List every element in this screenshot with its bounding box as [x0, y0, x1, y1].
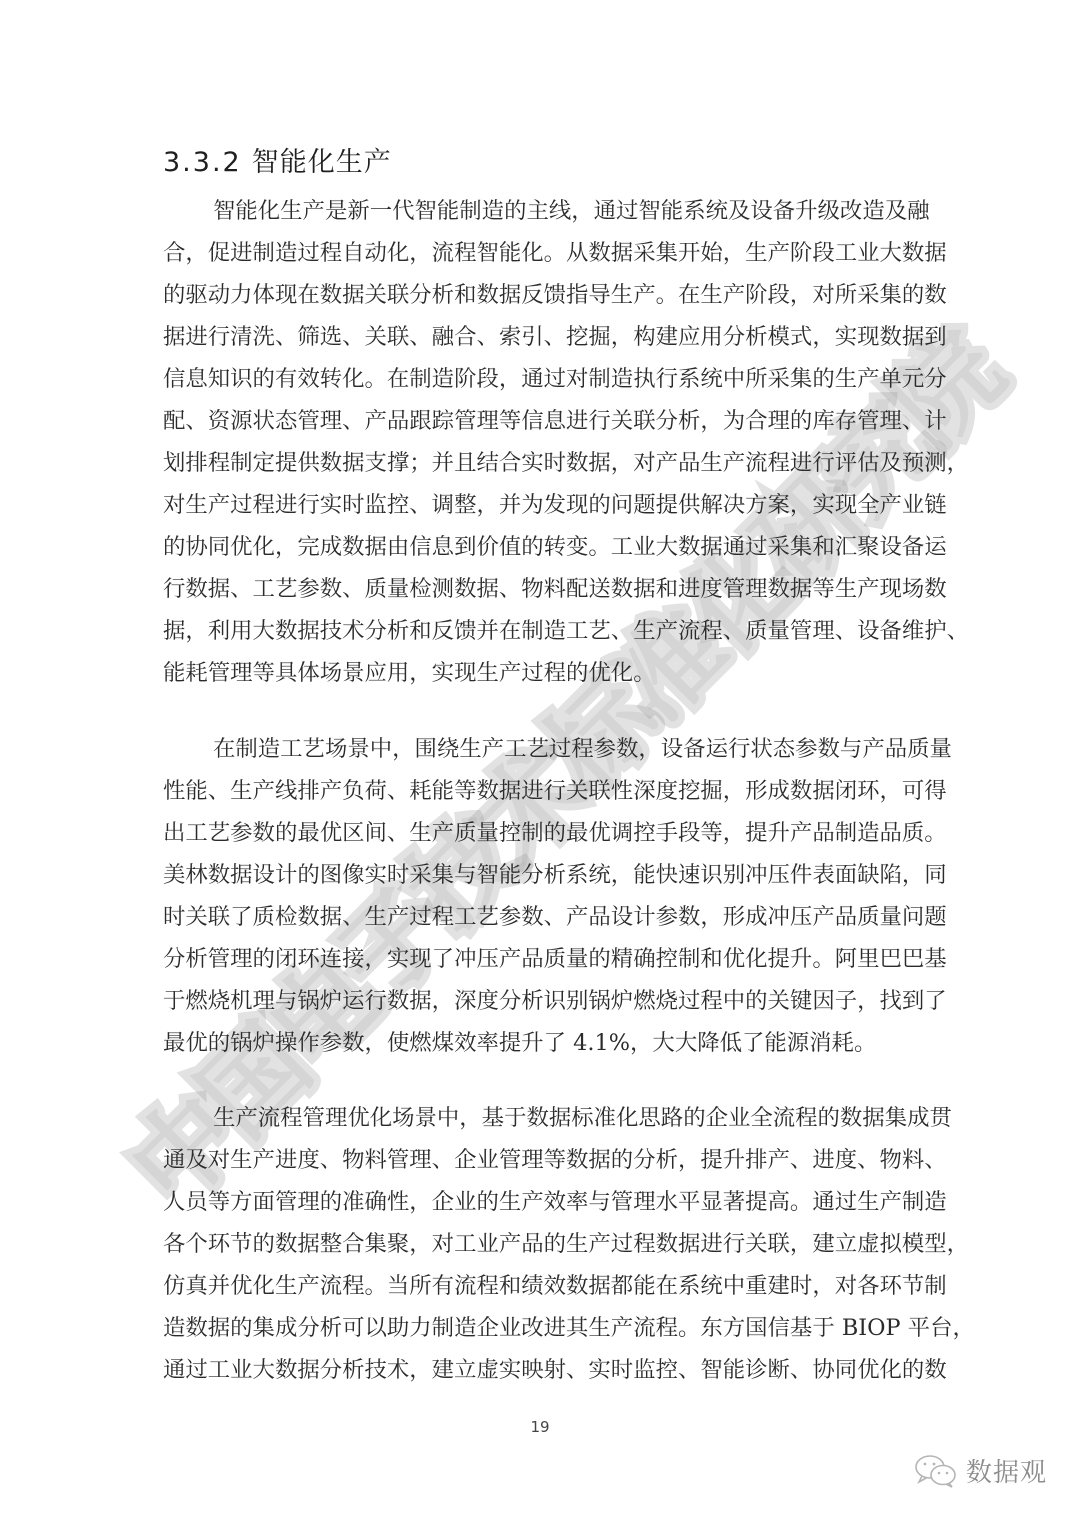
wechat-icon — [914, 1454, 958, 1488]
paragraph-1: 智能化生产是新一代智能制造的主线，通过智能系统及设备升级改造及融 合，促进制造过… — [163, 190, 923, 694]
page-number: 19 — [0, 1418, 1080, 1436]
document-page: 中国电子技术标准化研究院 中国电子技术标准化研究院 3.3.2智能化生产 智能化… — [0, 0, 1080, 1527]
brand-label: 数据观 — [966, 1452, 1047, 1489]
text-line: 合，促进制造过程自动化，流程智能化。从数据采集开始，生产阶段工业大数据 — [163, 232, 923, 274]
text-line: 各个环节的数据整合集聚，对工业产品的生产过程数据进行关联，建立虚拟模型， — [163, 1223, 923, 1265]
text-line: 对生产过程进行实时监控、调整，并为发现的问题提供解决方案，实现全产业链 — [163, 484, 923, 526]
text-line: 在制造工艺场景中，围绕生产工艺过程参数，设备运行状态参数与产品质量 — [163, 728, 923, 770]
text-line: 行数据、工艺参数、质量检测数据、物料配送数据和进度管理数据等生产现场数 — [163, 568, 923, 610]
text-line: 生产流程管理优化场景中，基于数据标准化思路的企业全流程的数据集成贯 — [163, 1097, 923, 1139]
section-title: 智能化生产 — [252, 147, 392, 178]
text-line: 据，利用大数据技术分析和反馈并在制造工艺、生产流程、质量管理、设备维护、 — [163, 610, 923, 652]
text-line: 造数据的集成分析可以助力制造企业改进其生产流程。东方国信基于 BIOP 平台， — [163, 1307, 923, 1349]
text-line: 最优的锅炉操作参数，使燃煤效率提升了 4.1%，大大降低了能源消耗。 — [163, 1022, 923, 1064]
text-line: 性能、生产线排产负荷、耗能等数据进行关联性深度挖掘，形成数据闭环，可得 — [163, 770, 923, 812]
text-line: 仿真并优化生产流程。当所有流程和绩效数据都能在系统中重建时，对各环节制 — [163, 1265, 923, 1307]
text-line: 的协同优化，完成数据由信息到价值的转变。工业大数据通过采集和汇聚设备运 — [163, 526, 923, 568]
text-line: 能耗管理等具体场景应用，实现生产过程的优化。 — [163, 652, 923, 694]
brand-watermark: 数据观 — [914, 1452, 1047, 1489]
text-line: 配、资源状态管理、产品跟踪管理等信息进行关联分析，为合理的库存管理、计 — [163, 400, 923, 442]
text-line: 美林数据设计的图像实时采集与智能分析系统，能快速识别冲压件表面缺陷，同 — [163, 854, 923, 896]
text-line: 分析管理的闭环连接，实现了冲压产品质量的精确控制和优化提升。阿里巴巴基 — [163, 938, 923, 980]
text-line: 时关联了质检数据、生产过程工艺参数、产品设计参数，形成冲压产品质量问题 — [163, 896, 923, 938]
text-line: 信息知识的有效转化。在制造阶段，通过对制造执行系统中所采集的生产单元分 — [163, 358, 923, 400]
text-line: 的驱动力体现在数据关联分析和数据反馈指导生产。在生产阶段，对所采集的数 — [163, 274, 923, 316]
text-line: 据进行清洗、筛选、关联、融合、索引、挖掘，构建应用分析模式，实现数据到 — [163, 316, 923, 358]
text-line: 人员等方面管理的准确性，企业的生产效率与管理水平显著提高。通过生产制造 — [163, 1181, 923, 1223]
text-line: 通及对生产进度、物料管理、企业管理等数据的分析，提升排产、进度、物料、 — [163, 1139, 923, 1181]
section-heading: 3.3.2智能化生产 — [163, 140, 392, 179]
text-line: 通过工业大数据分析技术，建立虚实映射、实时监控、智能诊断、协同优化的数 — [163, 1349, 923, 1391]
text-line: 出工艺参数的最优区间、生产质量控制的最优调控手段等，提升产品制造品质。 — [163, 812, 923, 854]
text-line: 于燃烧机理与锅炉运行数据，深度分析识别锅炉燃烧过程中的关键因子，找到了 — [163, 980, 923, 1022]
text-line: 划排程制定提供数据支撑；并且结合实时数据，对产品生产流程进行评估及预测， — [163, 442, 923, 484]
section-number: 3.3.2 — [163, 147, 242, 178]
text-line: 智能化生产是新一代智能制造的主线，通过智能系统及设备升级改造及融 — [163, 190, 923, 232]
paragraph-3: 生产流程管理优化场景中，基于数据标准化思路的企业全流程的数据集成贯 通及对生产进… — [163, 1097, 923, 1391]
paragraph-2: 在制造工艺场景中，围绕生产工艺过程参数，设备运行状态参数与产品质量 性能、生产线… — [163, 728, 923, 1064]
